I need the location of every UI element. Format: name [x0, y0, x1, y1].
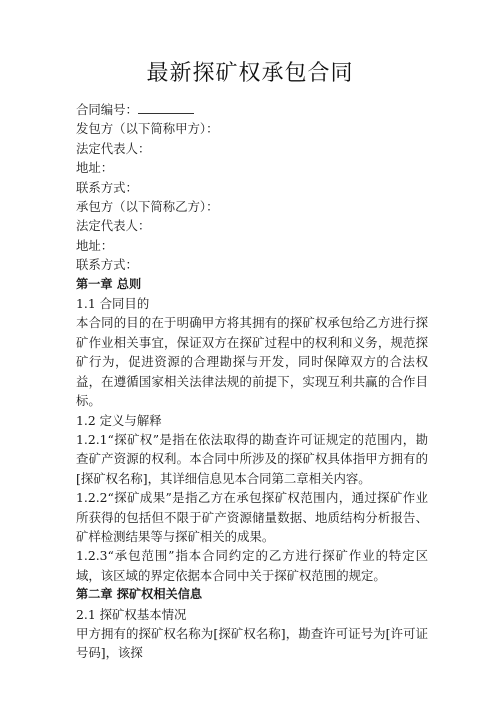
contract-number-blank[interactable] [138, 102, 194, 114]
section-1-1-heading: 1.1 合同目的 [76, 294, 428, 313]
party-a-address: 地址： [76, 158, 428, 177]
section-2-1-heading: 2.1 探矿权基本情况 [76, 605, 428, 624]
party-a-label: 发包方（以下简称甲方）： [76, 119, 428, 138]
party-b-contact: 联系方式： [76, 255, 428, 274]
party-a-legal-rep: 法定代表人： [76, 139, 428, 158]
contract-number-label: 合同编号： [76, 102, 138, 117]
document-title: 最新探矿权承包合同 [0, 58, 500, 90]
section-1-2-heading: 1.2 定义与解释 [76, 411, 428, 430]
party-a-contact: 联系方式： [76, 178, 428, 197]
section-2-1-text: 甲方拥有的探矿权名称为[探矿权名称]，勘查许可证号为[许可证号码]，该探 [76, 624, 428, 663]
chapter-1-heading: 第一章 总则 [76, 275, 428, 294]
clause-1-2-3: 1.2.3“承包范围”指本合同约定的乙方进行探矿作业的特定区域，该区域的界定依据… [76, 546, 428, 585]
party-b-label: 承包方（以下简称乙方）： [76, 197, 428, 216]
clause-1-2-1: 1.2.1“探矿权”是指在依法取得的勘查许可证规定的范围内，勘查矿产资源的权利。… [76, 430, 428, 488]
document-body: 合同编号： 发包方（以下简称甲方）： 法定代表人： 地址： 联系方式： 承包方（… [76, 100, 428, 663]
contract-number-field: 合同编号： [76, 100, 428, 119]
party-b-address: 地址： [76, 236, 428, 255]
chapter-2-heading: 第二章 探矿权相关信息 [76, 585, 428, 604]
document-page: 最新探矿权承包合同 合同编号： 发包方（以下简称甲方）： 法定代表人： 地址： … [0, 0, 500, 707]
clause-1-2-2: 1.2.2“探矿成果”是指乙方在承包探矿权范围内，通过探矿作业所获得的包括但不限… [76, 488, 428, 546]
section-1-1-text: 本合同的目的在于明确甲方将其拥有的探矿权承包给乙方进行探矿作业相关事宜，保证双方… [76, 313, 428, 410]
party-b-legal-rep: 法定代表人： [76, 216, 428, 235]
